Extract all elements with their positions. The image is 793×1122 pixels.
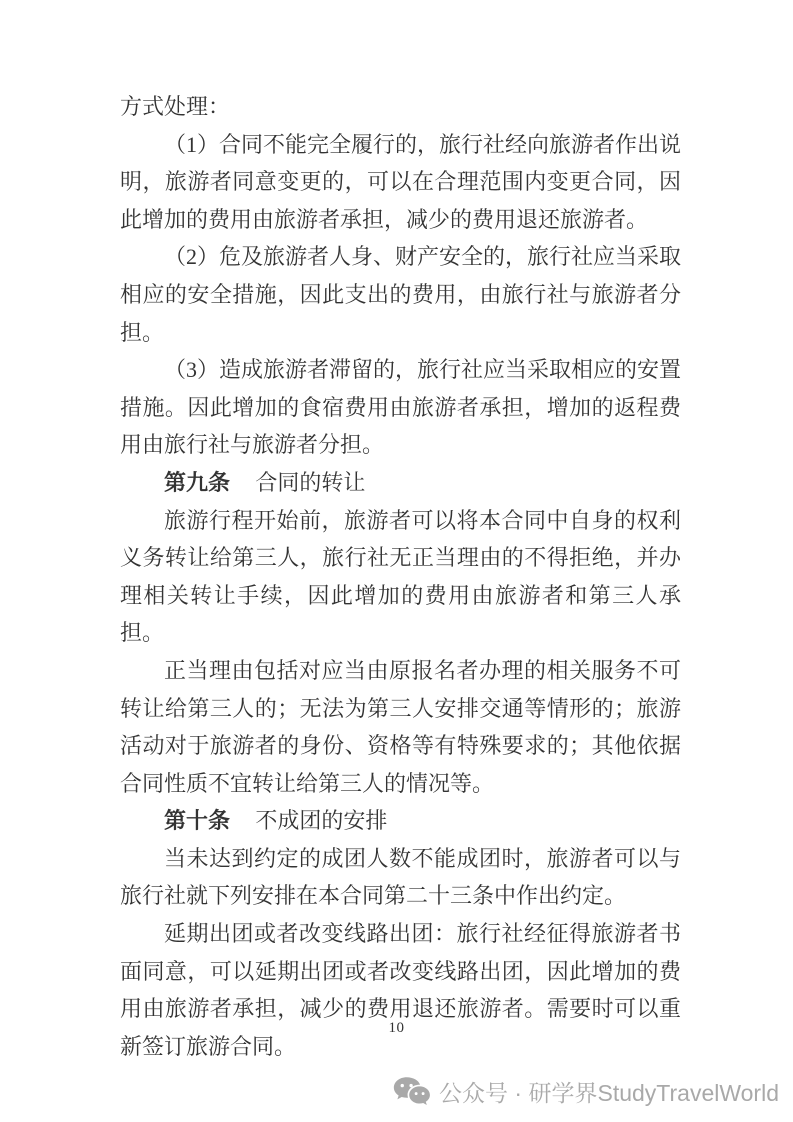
wechat-icon: [393, 1076, 430, 1107]
paragraph-article10-2: 延期出团或者改变线路出团：旅行社经征得旅游者书面同意，可以延期出团或者改变线路出…: [120, 915, 681, 1065]
paragraph-article9-1: 旅游行程开始前，旅游者可以将本合同中自身的权利义务转让给第三人，旅行社无正当理由…: [120, 502, 681, 652]
article-title: 合同的转让: [255, 470, 365, 495]
paragraph-continuation: 方式处理：: [120, 88, 681, 126]
page-number: 10: [0, 1020, 793, 1037]
article-title: 不成团的安排: [255, 808, 387, 833]
contract-body: 方式处理： （1）合同不能完全履行的，旅行社经向旅游者作出说明，旅游者同意变更的…: [120, 88, 681, 1065]
paragraph-article10-1: 当未达到约定的成团人数不能成团时，旅游者可以与旅行社就下列安排在本合同第二十三条…: [120, 840, 681, 915]
footer-label: 公众号 · 研学界StudyTravelWorld: [439, 1075, 779, 1108]
paragraph-article9-2: 正当理由包括对应当由原报名者办理的相关服务不可转让给第三人的；无法为第三人安排交…: [120, 652, 681, 802]
article-number: 第九条: [164, 470, 230, 495]
article-heading-10: 第十条不成团的安排: [120, 802, 681, 840]
footer-watermark: 公众号 · 研学界StudyTravelWorld: [393, 1072, 779, 1110]
paragraph-item-1: （1）合同不能完全履行的，旅行社经向旅游者作出说明，旅游者同意变更的，可以在合理…: [120, 126, 681, 239]
article-number: 第十条: [164, 808, 230, 833]
article-heading-9: 第九条合同的转让: [120, 464, 681, 502]
paragraph-item-2: （2）危及旅游者人身、财产安全的，旅行社应当采取相应的安全措施，因此支出的费用，…: [120, 238, 681, 351]
paragraph-item-3: （3）造成旅游者滞留的，旅行社应当采取相应的安置措施。因此增加的食宿费用由旅游者…: [120, 351, 681, 464]
document-page: 方式处理： （1）合同不能完全履行的，旅行社经向旅游者作出说明，旅游者同意变更的…: [0, 0, 793, 1122]
